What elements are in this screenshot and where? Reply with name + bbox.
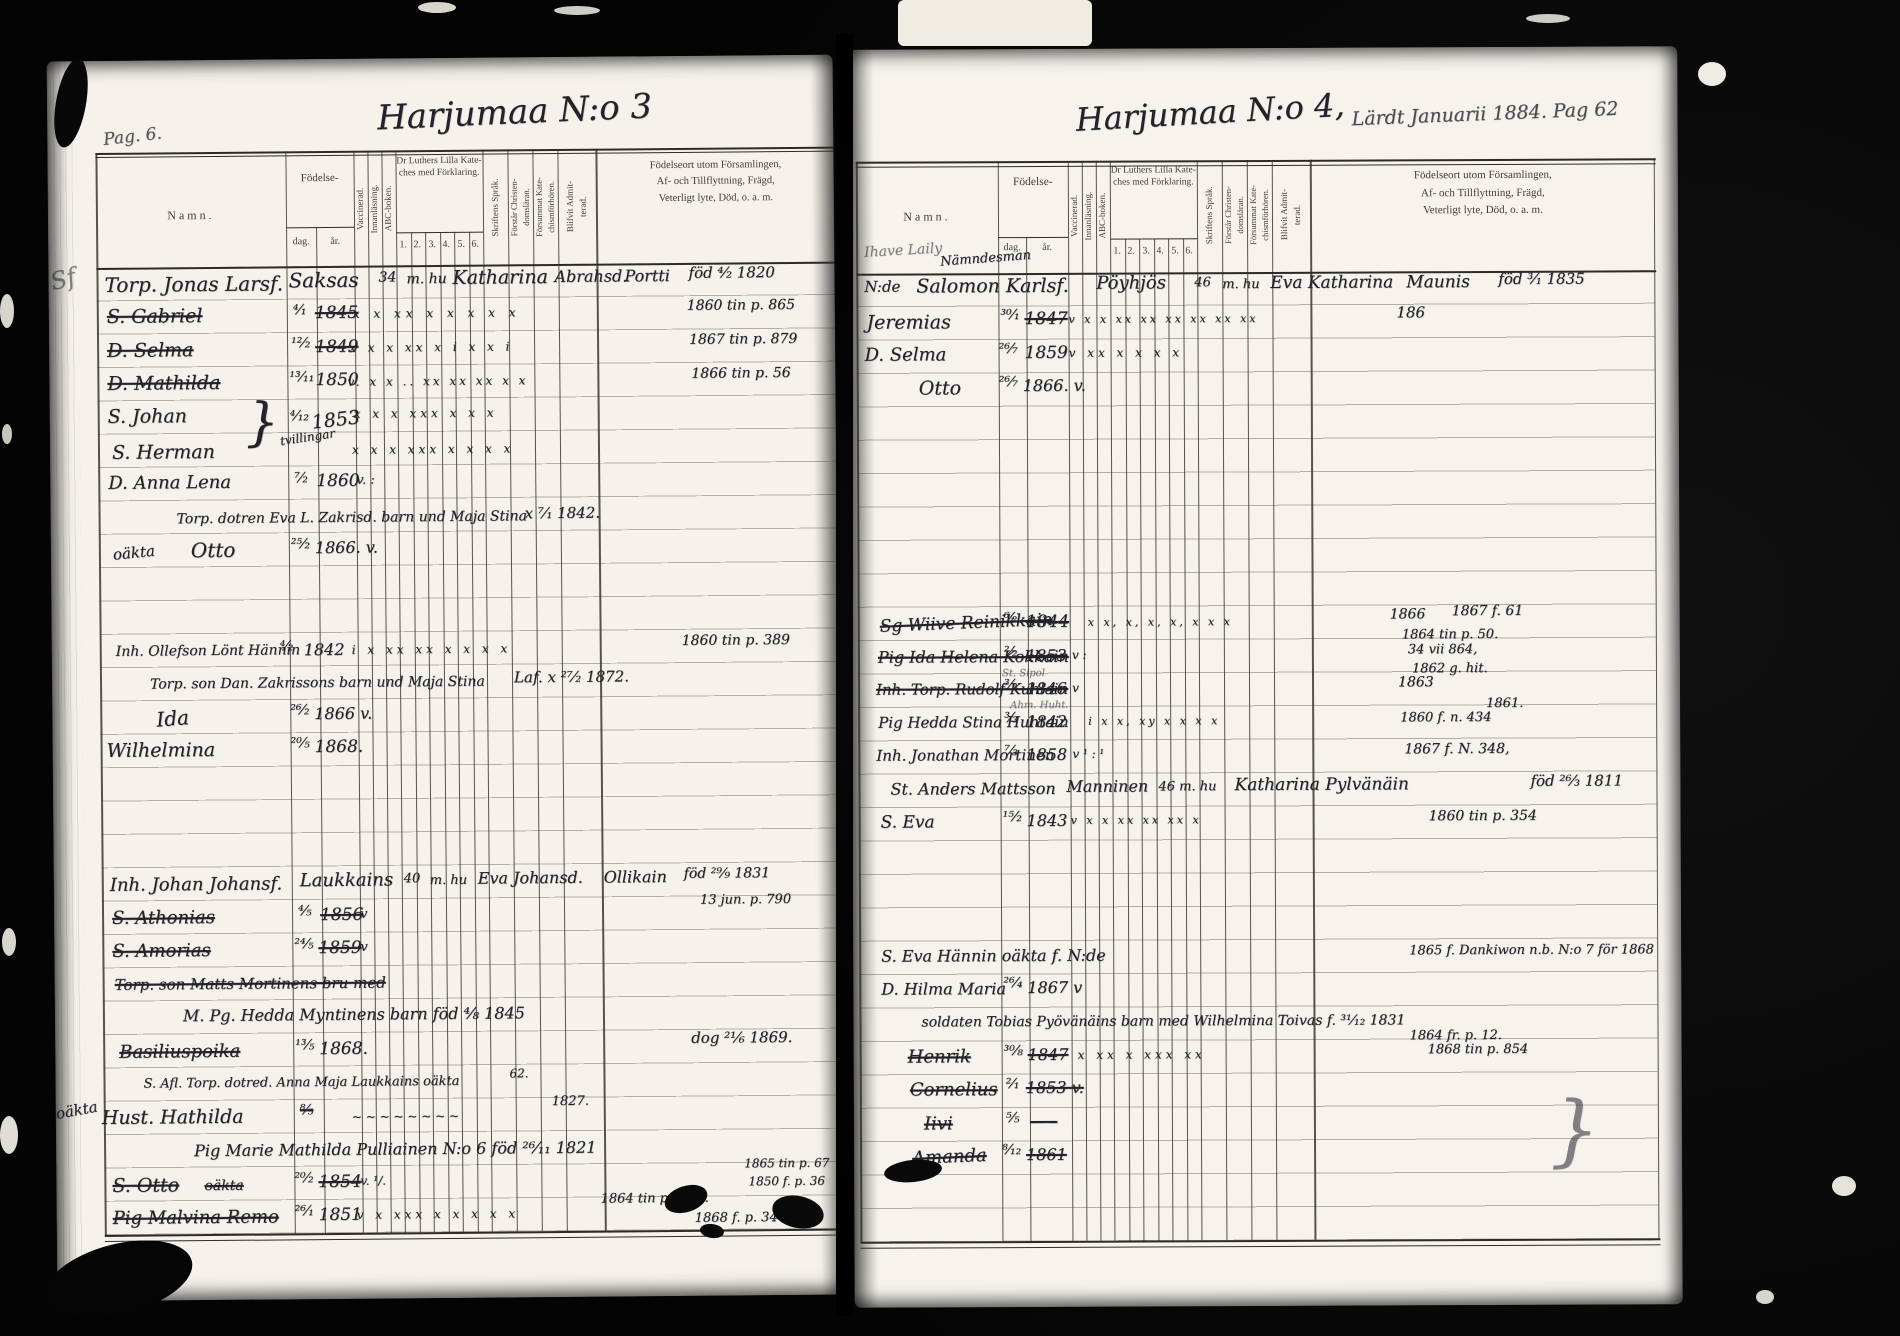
handwritten-entry: v x xxx x x x x x	[357, 1207, 519, 1221]
scan-speckle	[1698, 62, 1726, 86]
forsummat-line-2: chismförhören.	[1260, 189, 1271, 241]
handwritten-entry: Portti	[624, 268, 670, 285]
blifvit-line-1: Blifvit Admit-	[1279, 189, 1291, 240]
column-header-innanlasning-label: Innanläsning.	[1083, 191, 1095, 240]
column-header-forsummat: Försummat Kate- chismförhören.	[1247, 162, 1272, 268]
handwritten-entry: ⁵⁄₅	[1006, 1111, 1020, 1126]
handwritten-entry: Torp. son Matts Mortinens bru med	[115, 976, 386, 994]
handwritten-entry: Saksas	[288, 270, 358, 292]
handwritten-entry: 186	[1396, 305, 1425, 321]
handwritten-entry: 1860 f. n. 434	[1400, 711, 1491, 725]
handwritten-entry: ²⁄₂	[1004, 645, 1018, 660]
handwritten-entry: }	[1550, 1091, 1600, 1173]
handwritten-entry: Maunis	[1406, 274, 1470, 292]
handwritten-entry: 1844	[1026, 614, 1069, 632]
handwritten-entry: ³⁄₃	[1004, 711, 1018, 726]
handwritten-entry: Manninen	[1066, 779, 1148, 796]
handwritten-entry: v :	[1072, 649, 1087, 662]
column-header-innanlasning: Innanläsning.	[1082, 163, 1096, 269]
handwritten-entry: v xx x x x x	[1069, 346, 1184, 359]
column-header-fodelse: Födelse-	[286, 171, 354, 186]
handwritten-entry: 1860 tin p. 389	[682, 633, 790, 649]
column-header-dag: dag.	[286, 235, 316, 248]
handwritten-entry: Ihave Laily	[864, 241, 943, 260]
handwritten-entry: oäkta	[112, 544, 155, 564]
scan-speckle	[2, 928, 16, 956]
handwritten-entry: 1845	[315, 305, 358, 323]
handwritten-entry: S. Gabriel	[107, 307, 203, 328]
handwritten-entry: ⁸⁄₁₂	[1002, 1143, 1021, 1158]
handwritten-entry: ¹³⁄₅	[295, 1038, 314, 1053]
remarks-line-2: Af- och Tillflyttning, Frägd,	[600, 173, 832, 191]
handwritten-entry: D. Selma	[107, 341, 193, 362]
handwritten-entry: m. hu	[430, 874, 467, 888]
handwritten-entry: ⁸⁄₅	[300, 1103, 314, 1118]
kateches-col-1: 1.	[1110, 245, 1124, 258]
handwritten-entry: Laukkains	[300, 871, 394, 891]
handwritten-entry: 1867 v	[1027, 980, 1082, 997]
handwritten-entry: 1864 tin pag 66.	[600, 1192, 708, 1207]
handwritten-entry: x xx x xxx xx	[1078, 1048, 1206, 1061]
handwritten-entry: 13 jun. p. 790	[700, 893, 791, 907]
handwritten-entry: ~ ~ ~ ~ ~ ~ ~ ~	[352, 1110, 459, 1124]
handwritten-entry: ⁴⁄₁₂	[290, 409, 309, 424]
kateches-line-2: ches med Förklaring.	[396, 167, 483, 180]
forsummat-line-1: Försummat Kate-	[1248, 185, 1259, 245]
forsummat-line-1: Försummat Kate-	[534, 177, 546, 237]
handwritten-entry: 46	[1194, 276, 1211, 290]
handwritten-entry: 1868 tin p. 854	[1428, 1043, 1529, 1057]
handwritten-entry: 1868.	[319, 1041, 368, 1059]
handwritten-entry: D. Mathilda	[107, 374, 220, 395]
handwritten-entry: 1866 tin p. 56	[691, 366, 790, 382]
forstar-line-2: domsläran.	[1235, 196, 1246, 234]
handwritten-entry: Amanda	[912, 1147, 987, 1169]
handwritten-entry: M. Pg. Hedda Myntinens barn föd ⁴⁄₈ 1845	[183, 1005, 525, 1025]
handwritten-entry: ¹²⁄₂	[291, 336, 310, 351]
ledger-page-left: Pag. 6. Harjumaa N:o 3 Namn. Födelse- da…	[47, 55, 844, 1302]
forsummat-line-2: chismförhören.	[546, 181, 557, 233]
column-header-fodelse: Födelse-	[998, 175, 1068, 190]
handwritten-entry: 1851	[319, 1207, 362, 1225]
handwritten-entry: oäkta	[204, 1179, 243, 1194]
handwritten-entry: Katharina	[452, 268, 548, 289]
handwritten-entry: Torp. son Dan. Zakrissons barn und Maja …	[150, 675, 485, 693]
handwritten-entry: i x x, xy x x x x	[1088, 715, 1220, 727]
handwritten-entry: 1866 v.	[314, 706, 372, 723]
column-header-forstar: Förstår Christen- domsläran.	[1222, 162, 1247, 268]
handwritten-entry: Otto	[191, 540, 236, 561]
column-header-vaccinerad: Vaccinerad.	[1068, 163, 1082, 269]
column-header-skriftens-sprak: Skriftens Språk.	[1197, 162, 1222, 268]
handwritten-entry: S. Johan	[108, 407, 187, 428]
handwritten-entry: 1847	[1028, 1047, 1069, 1064]
handwritten-entry: 1858	[1026, 747, 1067, 764]
kateches-col-5: 5.	[454, 238, 468, 251]
remarks-line-3: Veterligt lyte, Död, o. a. m.	[600, 189, 832, 207]
handwritten-entry: v	[1072, 682, 1079, 695]
handwritten-entry: föd ³⁄₁ 1835	[1498, 272, 1585, 288]
column-header-vaccinerad: Vaccinerad.	[353, 153, 368, 265]
handwritten-entry: Salomon Karlsf.	[916, 277, 1069, 298]
handwritten-entry: ²⁶⁄₇	[999, 342, 1018, 357]
handwritten-entry: Jeremias	[866, 313, 950, 333]
scan-speckle	[1832, 1176, 1856, 1196]
handwritten-entry: ²⁶⁄₄	[1003, 976, 1022, 991]
handwritten-entry: 1847	[1024, 311, 1067, 329]
handwritten-entry: S. Herman	[112, 443, 215, 464]
column-header-forstar: Förstår Christen- domsläran.	[507, 151, 533, 263]
handwritten-entry: Inh. Johan Johansf.	[110, 875, 283, 895]
handwritten-entry: S. Eva	[881, 814, 935, 832]
column-header-namn: Namn.	[856, 209, 998, 225]
skriftens-sprak-label: Skriftens Språk.	[489, 178, 501, 236]
handwritten-entry: 1867 f. N. 348,	[1404, 742, 1509, 757]
kateches-line-1: Dr Luthers Lilla Kate-	[395, 155, 482, 168]
handwritten-entry: Pig Malvina Remo	[113, 1208, 279, 1228]
handwritten-entry: x x, x, x, x, x x x	[1088, 616, 1233, 628]
handwritten-entry: Laf. x ²⁷⁄₂ 1872.	[514, 669, 629, 686]
handwritten-entry: Eva Johansd.	[478, 870, 583, 888]
handwritten-entry: ¹⁵⁄₂	[1003, 810, 1022, 825]
handwritten-entry: Hust. Hathilda	[102, 1108, 244, 1129]
handwritten-entry: 34 vii 864,	[1408, 643, 1477, 657]
handwritten-entry: Inh. Ollefson Lönt Hännin	[116, 643, 300, 659]
handwritten-entry: 1846	[1026, 681, 1067, 698]
blifvit-line-2: terad.	[577, 197, 589, 217]
forstar-line-2: domsläran.	[521, 188, 532, 226]
column-header-vaccinerad-label: Vaccinerad.	[355, 188, 367, 230]
handwritten-entry: 1827.	[552, 1095, 589, 1109]
kateches-col-2: 2.	[410, 238, 424, 251]
handwritten-entry: St. Anders Mattsson	[890, 781, 1055, 799]
scan-speckle	[1526, 14, 1570, 23]
remarks-line-2: Af- och Tillflyttning, Frägd,	[1314, 184, 1652, 203]
column-header-kateches: Dr Luthers Lilla Kate- ches med Förklari…	[1110, 164, 1197, 189]
column-header-kateches: Dr Luthers Lilla Kate- ches med Förklari…	[395, 155, 482, 180]
handwritten-entry: v. x x .. xx xx xx x x	[347, 374, 528, 388]
remarks-line-3: Veterligt lyte, Död, o. a. m.	[1314, 201, 1652, 220]
column-header-innanlasning-label: Innanläsning.	[369, 184, 381, 233]
ledger-page-right: Harjumaa N:o 4, Lärdt Januarii 1884. Pag…	[849, 46, 1682, 1308]
handwritten-entry: ⁷⁄₃	[1004, 744, 1018, 759]
handwritten-entry: dog ²¹⁄₆ 1869.	[691, 1030, 792, 1047]
handwritten-entry: Otto	[919, 379, 961, 399]
handwritten-entry: ²⁰⁄₅	[291, 736, 310, 751]
handwritten-entry: 1867 tin p. 879	[689, 332, 797, 348]
handwritten-entry: ¹³⁄₁₁	[289, 370, 314, 385]
handwritten-entry: 1859	[1025, 345, 1068, 363]
handwritten-entry: 1854	[318, 1174, 361, 1192]
handwritten-entry: 1842	[304, 642, 345, 659]
handwritten-entry: 1866. v.	[1023, 378, 1086, 395]
remarks-line-1: Födelseort utom Församlingen,	[599, 157, 831, 175]
handwritten-entry: Cornelius	[910, 1081, 998, 1100]
handwritten-entry: 1865 tin p. 67	[744, 1157, 829, 1170]
handwritten-entry: 1860	[316, 473, 359, 491]
handwritten-entry: m. hu	[406, 272, 446, 287]
column-header-ar: år.	[316, 235, 354, 248]
handwritten-entry: — ‒	[1030, 1115, 1057, 1130]
handwritten-entry: ²⁴⁄₅	[294, 937, 313, 952]
handwritten-entry: Ollikain	[604, 869, 667, 886]
column-header-abc-boken-label: ABC-boken.	[1097, 193, 1109, 239]
scan-speckle	[0, 294, 14, 328]
column-header-ar: år.	[1026, 241, 1068, 254]
scan-speckle	[2, 424, 12, 444]
handwritten-entry: S. Afl. Torp. dotred. Anna Maja Laukkain…	[143, 1075, 459, 1091]
kateches-col-3: 3.	[425, 238, 439, 251]
handwritten-entry: 40	[404, 872, 421, 886]
handwritten-entry: Katharina Pylvänäin	[1234, 776, 1409, 795]
handwritten-entry: 1861	[1026, 1147, 1067, 1164]
handwritten-entry: ²⁶⁄₁	[295, 1204, 314, 1219]
handwritten-entry: ²⁰⁄₂	[294, 1171, 313, 1186]
handwritten-entry: Eva Katharina	[1270, 274, 1393, 292]
handwritten-entry: Sf	[48, 265, 79, 296]
handwritten-entry: 1866. v.	[315, 540, 378, 557]
book-fold-gutter	[836, 34, 853, 1316]
column-header-forsummat: Försummat Kate- chismförhören.	[532, 151, 558, 263]
handwritten-entry: 1864 tin p. 50.	[1402, 628, 1498, 642]
handwritten-entry: Henrik	[908, 1048, 971, 1067]
handwritten-entry: 1853	[1026, 648, 1067, 665]
handwritten-entry: ⁴⁄₅	[298, 904, 312, 919]
handwritten-entry: föd ⁴⁄₂ 1820	[688, 265, 775, 282]
column-header-abc-boken: ABC-boken.	[1096, 163, 1110, 269]
kateches-col-4: 4.	[1153, 244, 1167, 257]
handwritten-entry: Wilhelmina	[107, 741, 216, 762]
scan-speckle	[1756, 1290, 1774, 1304]
handwritten-entry: S. Amorias	[112, 942, 211, 962]
handwritten-entry: ²⁶⁄₇	[999, 375, 1018, 390]
kateches-col-3: 3.	[1139, 244, 1153, 257]
column-header-blifvit-admitterad: Blifvit Admit- terad.	[1272, 162, 1310, 268]
handwritten-entry: 1860 tin p. 865	[687, 298, 795, 314]
kateches-col-2: 2.	[1124, 245, 1138, 258]
scanned-ledger-screenshot: { "scan": { "header": { "namn": "Namn.",…	[0, 0, 1900, 1336]
column-header-namn: Namn.	[96, 207, 286, 224]
handwritten-entry: 1868 f. p. 34	[695, 1211, 778, 1225]
handwritten-entry: 1859	[318, 940, 361, 958]
scan-speckle	[898, 0, 1092, 46]
handwritten-entry: Torp. dotren Eva L. Zakrisd. barn und Ma…	[177, 509, 528, 527]
handwritten-entry: 46 m. hu	[1158, 780, 1216, 794]
handwritten-entry: x ⁷⁄₁ 1842.	[525, 506, 601, 522]
handwritten-entry: i x xx xx x x x x	[352, 642, 512, 656]
handwritten-entry: soldaten Tobias Pyövänäins barn med Wilh…	[921, 1013, 1405, 1030]
handwritten-entry: Pig Marie Mathilda Pulliainen N:o 6 föd …	[194, 1140, 596, 1160]
forstar-line-1: Förstår Christen-	[509, 178, 521, 236]
handwritten-entry: N:de	[864, 280, 900, 296]
handwritten-entry: 1863	[1398, 675, 1434, 690]
handwritten-entry: Ahm. Huht.	[1010, 701, 1068, 712]
remarks-line-1: Födelseort utom Församlingen,	[1314, 166, 1652, 185]
kateches-col-6: 6.	[1182, 244, 1196, 257]
handwritten-entry: x x x xx x i x x i	[349, 340, 513, 354]
handwritten-entry: Torp. Jonas Larsf.	[104, 273, 283, 296]
handwritten-entry: ³⁄₃	[1004, 678, 1018, 693]
handwritten-entry: ⁴⁄₁	[293, 303, 307, 318]
column-header-vaccinerad-label: Vaccinerad.	[1069, 195, 1081, 237]
handwritten-entry: v x x xx xx xx x	[1071, 814, 1202, 826]
handwritten-entry: ²⁵⁄₂	[291, 537, 310, 552]
handwritten-entry: v. :	[356, 474, 375, 488]
handwritten-entry: föd ²⁹⁄₉ 1831	[684, 866, 770, 881]
column-header-blifvit-admitterad: Blifvit Admit- terad.	[557, 151, 596, 263]
scan-speckle	[418, 2, 456, 13]
handwritten-entry: ⁶⁄₂	[1004, 611, 1018, 626]
column-header-abc-boken-label: ABC-boken.	[383, 186, 395, 232]
column-header-skriftens-sprak: Skriftens Språk.	[482, 151, 508, 263]
column-header-abc-boken: ABC-boken.	[381, 152, 396, 264]
handwritten-entry: 1861.	[1486, 697, 1523, 711]
handwritten-entry: 1842	[1026, 714, 1067, 731]
handwritten-entry: 1856	[320, 907, 363, 925]
kateches-line-2: ches med Förklaring.	[1110, 177, 1197, 190]
handwritten-entry: x x x xxx x x x	[354, 407, 498, 421]
handwritten-entry: 1853 v.	[1026, 1080, 1084, 1097]
kateches-col-5: 5.	[1168, 244, 1182, 257]
column-header-remarks: Födelseort utom Församlingen, Af- och Ti…	[599, 157, 831, 208]
handwritten-entry: S. Eva Hännin oäkta f. N:de	[881, 948, 1106, 966]
handwritten-entry: S. Athonias	[112, 909, 215, 929]
handwritten-entry: 1864 fr. p. 12.	[1410, 1029, 1502, 1043]
handwritten-entry: 62.	[509, 1067, 528, 1080]
handwritten-entry: v	[360, 908, 367, 922]
handwritten-entry: 1865 f. Dankiwon n.b. N:o 7 för 1868	[1409, 943, 1654, 958]
handwritten-entry: Abrahsd.	[554, 268, 627, 285]
handwritten-entry: }	[246, 395, 280, 450]
handwritten-entry: 1860 tin p. 354	[1429, 809, 1537, 824]
handwritten-entry: Nämndesman	[940, 249, 1032, 269]
handwritten-entry: D. Selma	[865, 346, 947, 365]
handwritten-entry: 1867 f. 61	[1452, 604, 1524, 619]
kateches-line-1: Dr Luthers Lilla Kate-	[1110, 164, 1197, 177]
handwritten-entry: Basiliuspoika	[119, 1043, 240, 1063]
column-header-innanlasning: Innanläsning.	[367, 153, 382, 265]
handwritten-entry: Ida	[156, 707, 190, 730]
handwritten-entry: 1843	[1027, 813, 1068, 830]
handwritten-entry: v ¹ : ¹	[1072, 748, 1104, 761]
scan-speckle	[554, 6, 600, 15]
handwritten-entry: D. Anna Lena	[108, 474, 231, 494]
kateches-col-1: 1.	[396, 238, 410, 251]
handwritten-entry: ³⁰⁄₈	[1004, 1044, 1023, 1059]
handwritten-entry: Iivi	[924, 1115, 953, 1134]
handwritten-entry: S. Otto	[112, 1176, 179, 1197]
handwritten-entry: föd ²⁶⁄₃ 1811	[1530, 773, 1623, 789]
handwritten-entry: D. Hilma Maria	[881, 981, 1006, 998]
handwritten-entry: v	[360, 941, 367, 955]
handwritten-entry: ²⁶⁄₂	[290, 703, 309, 718]
handwritten-entry: 1866	[1390, 607, 1426, 622]
handwritten-entry: 1868.	[315, 739, 364, 757]
handwritten-entry: 34	[378, 270, 396, 285]
handwritten-entry: m. hu	[1222, 278, 1259, 292]
kateches-col-4: 4.	[439, 238, 453, 251]
handwritten-entry: Pöyhjös	[1096, 274, 1166, 293]
handwritten-entry: v. ¹/.	[360, 1175, 386, 1188]
handwritten-entry: ²⁄₁	[1006, 1077, 1020, 1092]
handwritten-entry: x x x xxx x x x x	[352, 442, 514, 456]
handwritten-entry: ⁴⁄₂	[280, 639, 294, 654]
handwritten-entry: ⁷⁄₂	[294, 471, 308, 486]
forstar-line-1: Förstår Christen-	[1223, 186, 1234, 244]
skriftens-sprak-label: Skriftens Språk.	[1204, 186, 1216, 244]
blifvit-line-1: Blifvit Admit-	[564, 181, 576, 232]
column-header-remarks: Födelseort utom Församlingen, Af- och Ti…	[1314, 166, 1652, 220]
blifvit-line-2: terad.	[1291, 205, 1303, 225]
kateches-col-6: 6.	[468, 238, 482, 251]
handwritten-entry: oäkta	[55, 1100, 99, 1123]
handwritten-entry: v x x xx xx xx xx xx xx	[1068, 313, 1258, 325]
handwritten-entry: 1850 f. p. 36	[748, 1175, 825, 1188]
handwritten-entry: ³⁰⁄₁	[1000, 308, 1019, 323]
handwritten-entry: x x xx x x x x x	[353, 306, 521, 320]
scan-speckle	[0, 1116, 18, 1154]
